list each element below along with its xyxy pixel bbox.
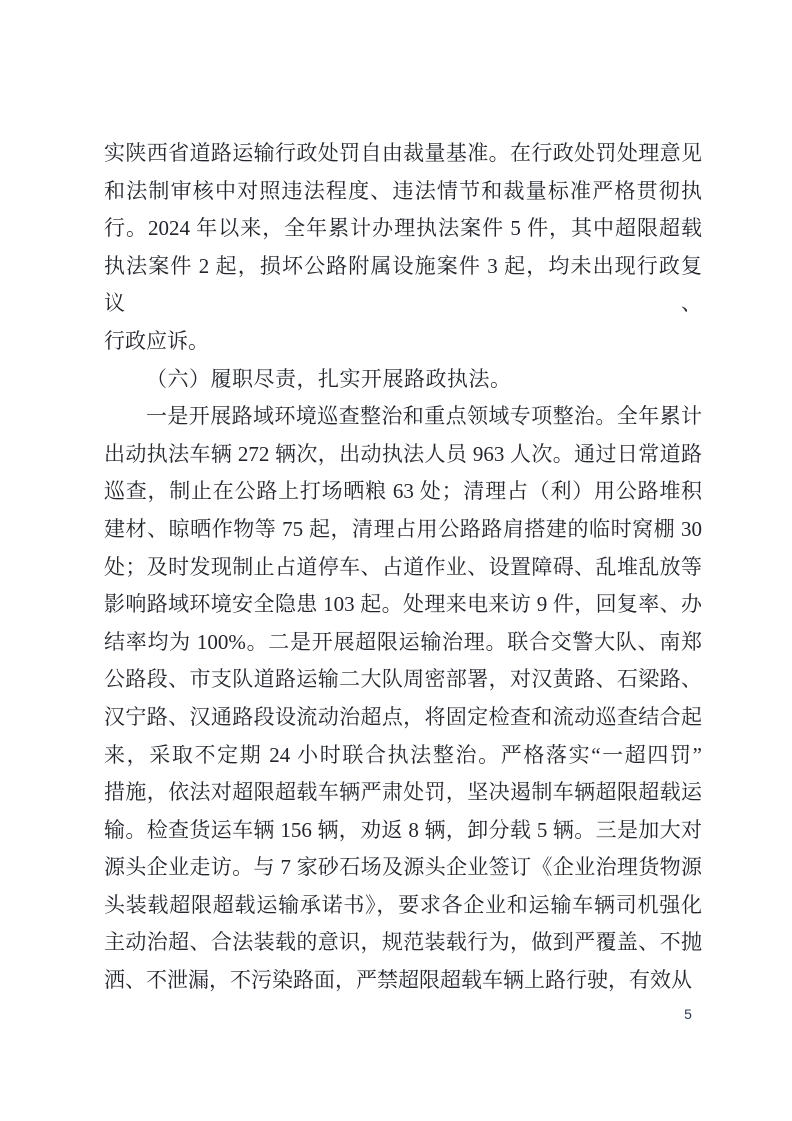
text-line: 头装载超限超载运输承诺书》，要求各企业和运输车辆司机强化 <box>104 887 702 925</box>
text-line: 源头企业走访。与 7 家砂石场及源头企业签订《企业治理货物源 <box>104 849 702 887</box>
text-line: 执法案件 2 起，损坏公路附属设施案件 3 起，均未出现行政复议、 <box>104 248 702 323</box>
text-line: 实陕西省道路运输行政处罚自由裁量基准。在行政处罚处理意见 <box>104 135 702 173</box>
text-line: 建材、晾晒作物等 75 起，清理占用公路路肩搭建的临时窝棚 30 <box>104 511 702 549</box>
text-line: 主动治超、合法装载的意识，规范装载行为，做到严覆盖、不抛 <box>104 924 702 962</box>
text-line: 行政应诉。 <box>104 323 702 361</box>
paragraph: 一是开展路域环境巡查整治和重点领域专项整治。全年累计出动执法车辆 272 辆次，… <box>104 398 702 1000</box>
text-line: （六）履职尽责，扎实开展路政执法。 <box>104 361 702 399</box>
text-line: 洒、不泄漏，不污染路面，严禁超限超载车辆上路行驶，有效从 <box>104 962 702 1000</box>
text-line: 和法制审核中对照违法程度、违法情节和裁量标准严格贯彻执 <box>104 173 702 211</box>
text-line: 行。2024 年以来，全年累计办理执法案件 5 件，其中超限超载 <box>104 210 702 248</box>
text-line: 输。检查货运车辆 156 辆，劝返 8 辆，卸分载 5 辆。三是加大对 <box>104 812 702 850</box>
page-number: 5 <box>674 1006 702 1022</box>
text-line: 出动执法车辆 272 辆次，出动执法人员 963 人次。通过日常道路 <box>104 436 702 474</box>
text-line: 措施，依法对超限超载车辆严肃处罚，坚决遏制车辆超限超载运 <box>104 774 702 812</box>
text-line: 来，采取不定期 24 小时联合执法整治。严格落实“一超四罚” <box>104 737 702 775</box>
document-page: 实陕西省道路运输行政处罚自由裁量基准。在行政处罚处理意见和法制审核中对照违法程度… <box>0 0 792 1121</box>
text-line: 公路段、市支队道路运输二大队周密部署，对汉黄路、石梁路、 <box>104 661 702 699</box>
page-text: 实陕西省道路运输行政处罚自由裁量基准。在行政处罚处理意见和法制审核中对照违法程度… <box>104 135 702 1000</box>
text-line: 巡查，制止在公路上打场晒粮 63 处；清理占（利）用公路堆积 <box>104 473 702 511</box>
text-line: 处；及时发现制止占道停车、占道作业、设置障碍、乱堆乱放等 <box>104 549 702 587</box>
paragraph: 实陕西省道路运输行政处罚自由裁量基准。在行政处罚处理意见和法制审核中对照违法程度… <box>104 135 702 361</box>
text-line: 一是开展路域环境巡查整治和重点领域专项整治。全年累计 <box>104 398 702 436</box>
section-heading: （六）履职尽责，扎实开展路政执法。 <box>104 361 702 399</box>
text-line: 汉宁路、汉通路段设流动治超点，将固定检查和流动巡查结合起 <box>104 699 702 737</box>
text-line: 结率均为 100%。二是开展超限运输治理。联合交警大队、南郑 <box>104 624 702 662</box>
text-line: 影响路域环境安全隐患 103 起。处理来电来访 9 件，回复率、办 <box>104 586 702 624</box>
